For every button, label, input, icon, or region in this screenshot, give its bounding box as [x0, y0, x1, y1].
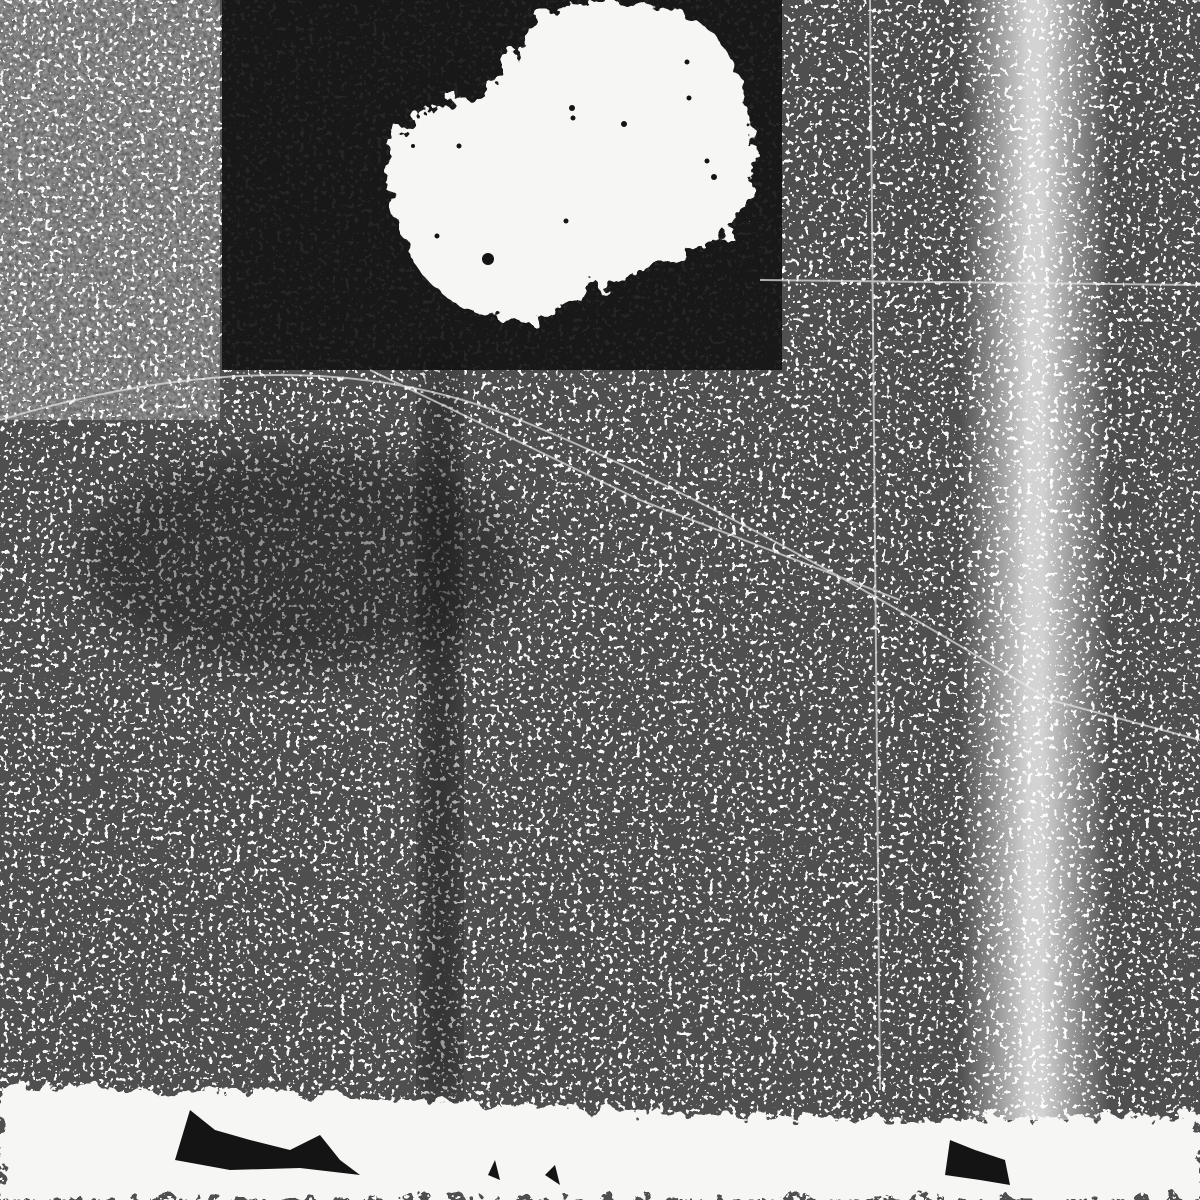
light-left-band	[0, 0, 220, 420]
abstract-artwork	[0, 0, 1200, 1200]
dark-shadow	[80, 450, 520, 670]
artwork-svg	[0, 0, 1200, 1200]
light-streak	[960, 0, 1110, 1120]
